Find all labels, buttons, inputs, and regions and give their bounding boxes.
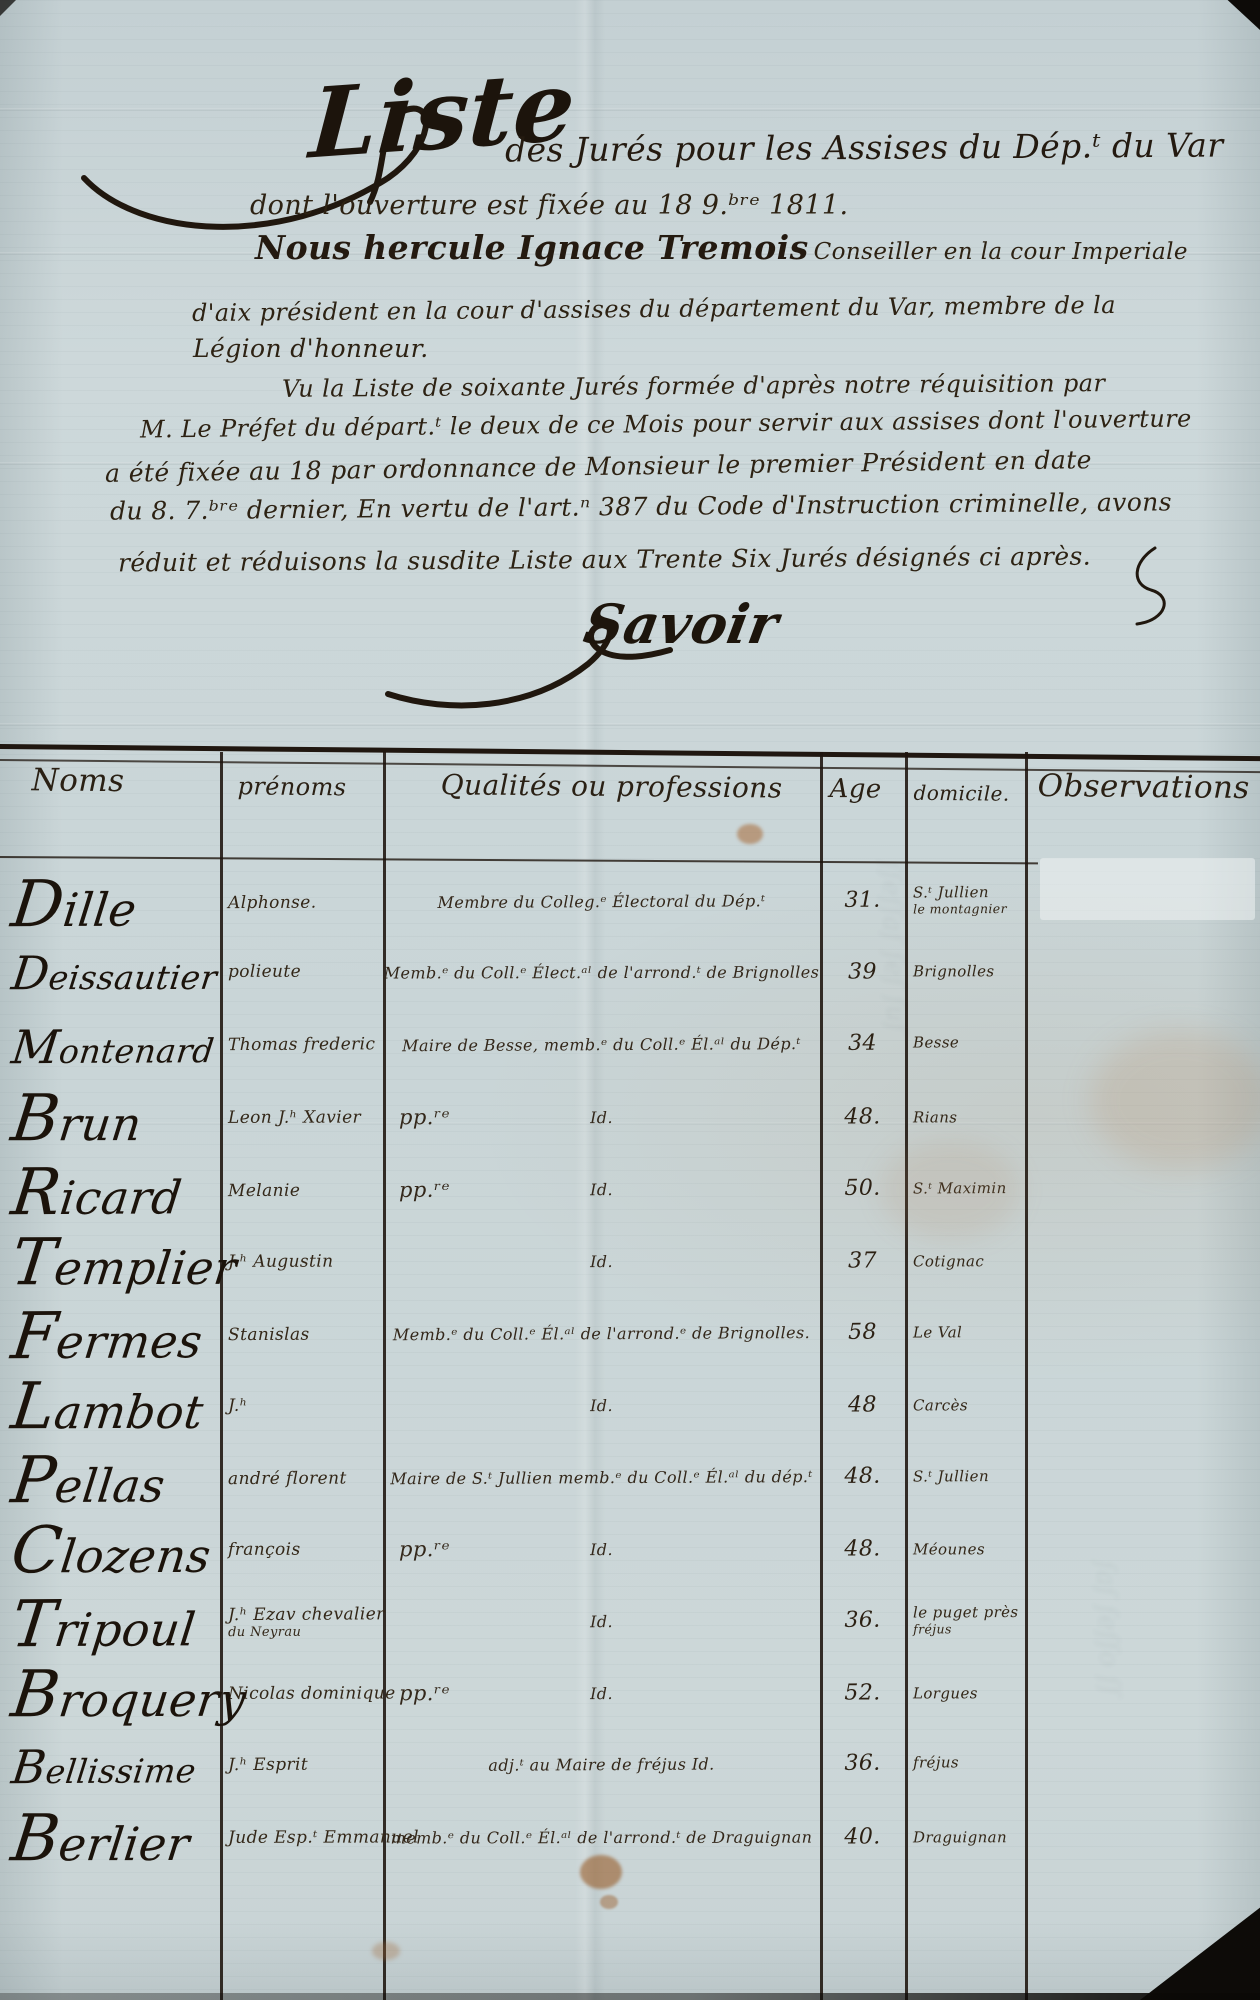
table-row: Deissautier polieute Memb.ᵉ du Coll.ᵉ Él… (0, 935, 1260, 1010)
table-row: Pellas andré florent Maire de S.ᵗ Jullie… (0, 1437, 1260, 1516)
juror-name: Montenard (0, 1019, 223, 1074)
juror-profession: Membre du Colleg.ᵉ Électoral du Dép.ᵗ (383, 891, 820, 912)
table-header: Noms prénoms Qualités ou professions Age… (0, 744, 1260, 866)
col-header-domicile: domicile. (913, 781, 1009, 806)
juror-age: 48. (820, 1464, 905, 1489)
juror-age: 40. (820, 1824, 905, 1849)
rust-stain (1090, 1030, 1260, 1170)
juror-name: Brun (0, 1081, 225, 1156)
table-row: Ricard Melanie pp.ʳᵉId. 50. S.ᵗ Maximin (0, 1149, 1260, 1228)
juror-name: Lambot (0, 1369, 225, 1444)
juror-profession: pp.ʳᵉId. (383, 1684, 820, 1704)
observations-cell-empty (1025, 1474, 1260, 1475)
juror-domicile: Draguignan (905, 1828, 1025, 1846)
juror-name: Dille (0, 866, 224, 942)
juror-domicile: Besse (905, 1033, 1025, 1052)
juror-profession: Memb.ᵉ du Coll.ᵉ Élect.ᵃˡ de l'arrond.ᵗ … (383, 962, 820, 982)
juror-domicile: le puget prèsfréjus (905, 1603, 1025, 1637)
table-row: Brun Leon J.ʰ Xavier pp.ʳᵉId. 48. Rians (0, 1079, 1260, 1154)
intro-line: d'aix président en la cour d'assises du … (192, 291, 1116, 327)
juror-age: 36. (820, 1608, 905, 1633)
rust-stain (372, 1942, 400, 1960)
juror-profession: Maire de Besse, memb.ᵉ du Coll.ᵉ Él.ᵃˡ d… (383, 1034, 820, 1055)
juror-age: 39 (820, 959, 905, 984)
juror-firstname: Melanie (220, 1181, 383, 1201)
photo-corner-shadow (1140, 1895, 1260, 2000)
table-row: Clozens françois pp.ʳᵉId. 48. Méounes (0, 1511, 1260, 1586)
juror-profession: pp.ʳᵉId. (383, 1540, 820, 1560)
juror-domicile: Rians (905, 1108, 1025, 1126)
juror-domicile: S.ᵗ Jullienle montagnier (905, 883, 1025, 917)
juror-age: 48. (820, 1104, 905, 1129)
observations-cell-empty (1025, 1186, 1260, 1187)
juror-profession: adj.ᵗ au Maire de fréjus Id. (383, 1754, 820, 1775)
table-row: Templier J.ʰ Augustin Id. 37 Cotignac (0, 1223, 1260, 1298)
juror-firstname: françois (220, 1540, 383, 1560)
intro-nous-rest: Conseiller en la cour Imperiale (814, 239, 1188, 265)
table-row: Tripoul J.ʰ Ezav chevalierdu Neyrau Id. … (0, 1581, 1260, 1660)
col-header-observations: Observations (1037, 768, 1249, 806)
ink-blot-stain (580, 1855, 622, 1889)
ink-blot-stain (600, 1895, 618, 1909)
intro-line: Légion d'honneur. (193, 334, 429, 363)
intro-line: M. Le Préfet du départ.ᵗ le deux de ce M… (140, 404, 1192, 443)
juror-firstname: Jude Esp.ᵗ Emmanuel (220, 1828, 383, 1848)
juror-profession: Id. (383, 1252, 820, 1272)
col-header-noms: Noms (31, 762, 124, 799)
paraph-flourish (1115, 540, 1195, 630)
table-row: Bellissime J.ʰ Esprit adj.ᵗ au Maire de … (0, 1725, 1260, 1804)
juror-profession: Id. (383, 1396, 820, 1416)
juror-firstname: Alphonse. (220, 893, 383, 913)
juror-domicile: Lorgues (905, 1684, 1025, 1702)
rust-stain (737, 824, 763, 844)
intro-line: Vu la Liste de soixante Jurés formée d'a… (282, 369, 1105, 403)
col-header-qualites: Qualités ou professions (411, 768, 811, 805)
intro-line: du 8. 7.ᵇʳᵉ dernier, En vertu de l'art.ⁿ… (110, 487, 1172, 525)
table-row: Broquery Nicolas dominique pp.ʳᵉId. 52. … (0, 1655, 1260, 1730)
juror-name: Broquery (0, 1657, 225, 1732)
juror-profession: Id. (383, 1611, 820, 1632)
juror-name: Bellissime (0, 1739, 223, 1794)
juror-name: Tripoul (0, 1586, 224, 1662)
photo-corner-shadow (1224, 0, 1260, 30)
juror-profession: Memb.ᵉ du Coll.ᵉ Él.ᵃˡ de l'arrond.ᵉ de … (383, 1323, 820, 1344)
juror-domicile: Carcès (905, 1396, 1025, 1414)
photo-corner-shadow (0, 0, 16, 16)
juror-name: Pellas (0, 1442, 224, 1518)
intro-line: dont l'ouverture est fixée au 18 9.ᵇʳᵉ 1… (250, 190, 848, 221)
juror-firstname: Leon J.ʰ Xavier (220, 1108, 383, 1128)
juror-age: 48 (820, 1392, 905, 1417)
juror-name: Clozens (0, 1513, 225, 1588)
juror-profession: memb.ᵉ du Coll.ᵉ Él.ᵃˡ de l'arrond.ᵗ de … (383, 1828, 820, 1848)
juror-firstname: Stanislas (220, 1325, 383, 1345)
page-title-rest: des Jurés pour les Assises du Dép.ᵗ du V… (505, 125, 1224, 169)
table-row: Lambot J.ʰ Id. 48 Carcès (0, 1367, 1260, 1442)
intro-line: réduit et réduisons la susdite Liste aux… (118, 542, 1091, 578)
photo-bottom-edge (0, 1993, 1260, 2000)
juror-domicile: Méounes (905, 1540, 1025, 1558)
juror-domicile: Le Val (905, 1322, 1025, 1341)
juror-firstname: J.ʰ Augustin (220, 1252, 383, 1272)
rust-stain (880, 1140, 1020, 1240)
juror-firstname: andré florent (220, 1469, 383, 1489)
juror-age: 48. (820, 1536, 905, 1561)
intro-line: Nous hercule Ignace Tremois Conseiller e… (255, 228, 1188, 267)
table-row: Montenard Thomas frederic Maire de Besse… (0, 1005, 1260, 1084)
juror-name: Deissautier (0, 946, 223, 1000)
juror-profession: pp.ʳᵉId. (383, 1179, 820, 1200)
juror-age: 31. (820, 888, 905, 913)
manuscript-page: ſſeſſaſ ſeſ ſuſ ſaſ ſeſſo ſſ Liste des J… (0, 0, 1260, 2000)
table-row: Dille Alphonse. Membre du Colleg.ᵉ Élect… (0, 861, 1260, 940)
juror-profession: pp.ʳᵉId. (383, 1108, 820, 1128)
juror-firstname: J.ʰ Esprit (220, 1756, 383, 1776)
juror-firstname: J.ʰ Ezav chevalierdu Neyrau (220, 1606, 383, 1641)
juror-firstname: polieute (220, 963, 383, 983)
table-row: Berlier Jude Esp.ᵗ Emmanuel memb.ᵉ du Co… (0, 1799, 1260, 1874)
table-rows: Dille Alphonse. Membre du Colleg.ᵉ Élect… (0, 864, 1260, 1872)
juror-name: Berlier (0, 1801, 225, 1876)
juror-age: 52. (820, 1680, 905, 1705)
juror-domicile: Cotignac (905, 1252, 1025, 1270)
juror-profession: Maire de S.ᵗ Jullien memb.ᵉ du Coll.ᵉ Él… (383, 1467, 820, 1488)
intro-nous: Nous hercule Ignace Tremois (255, 228, 809, 267)
juror-firstname: J.ʰ (220, 1396, 383, 1416)
juror-name: Fermes (0, 1298, 224, 1374)
juror-age: 36. (820, 1750, 905, 1775)
juror-domicile: S.ᵗ Jullien (905, 1466, 1025, 1485)
observations-cell-empty (1025, 1330, 1260, 1331)
observations-cell-empty (1025, 1618, 1260, 1619)
col-header-age: Age (829, 774, 881, 804)
juror-age: 37 (820, 1248, 905, 1273)
juror-domicile: fréjus (905, 1753, 1025, 1772)
savoir-heading: Savoir (579, 592, 783, 656)
col-header-prenoms: prénoms (237, 772, 346, 801)
juror-age: 34 (820, 1030, 905, 1055)
juror-firstname: Thomas frederic (220, 1036, 383, 1056)
observations-cell-empty (1025, 898, 1260, 899)
observations-cell-empty (1025, 1761, 1260, 1762)
juror-age: 58 (820, 1320, 905, 1345)
juror-name: Ricard (0, 1154, 224, 1230)
table-row: Fermes Stanislas Memb.ᵉ du Coll.ᵉ Él.ᵃˡ … (0, 1293, 1260, 1372)
juror-name: Templier (0, 1225, 225, 1300)
juror-domicile: Brignolles (905, 962, 1025, 980)
